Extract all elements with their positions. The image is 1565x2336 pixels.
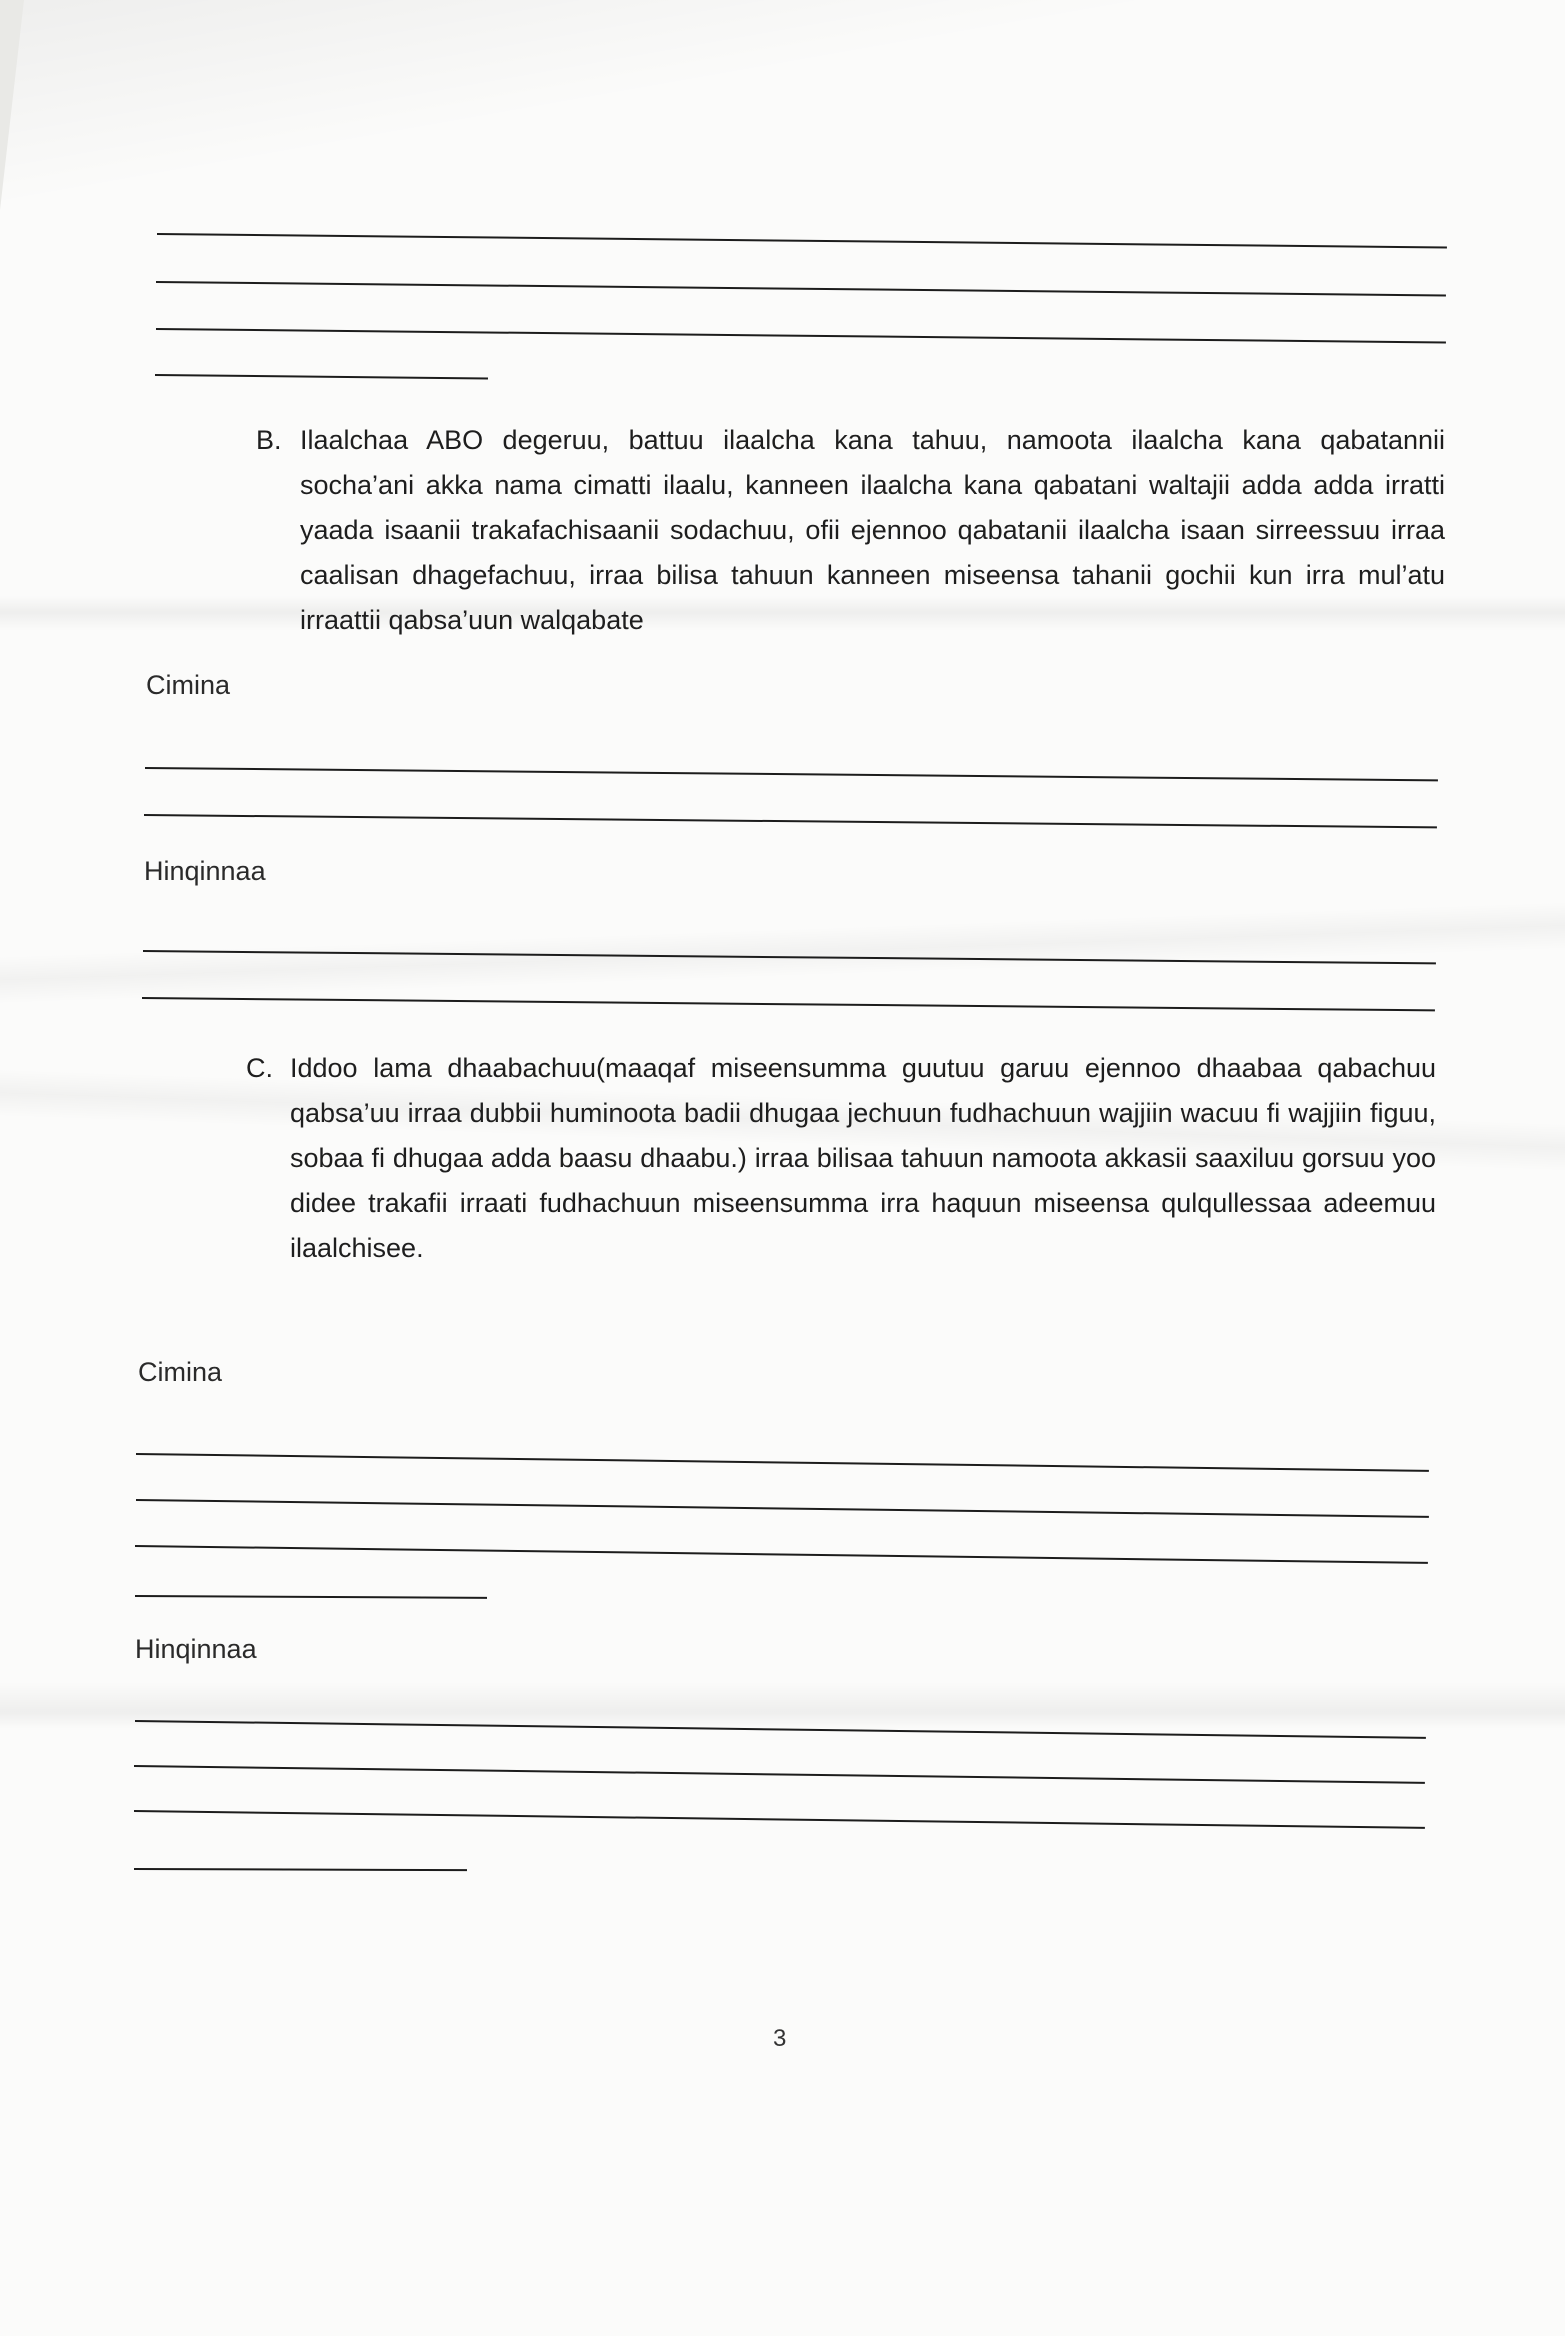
strength-label: Cimina [138, 1357, 222, 1388]
question-marker: C. [246, 1046, 273, 1091]
answer-line[interactable] [143, 950, 1436, 964]
page-number: 3 [773, 2025, 786, 2053]
question-text: Ilaalchaa ABO degeruu, battuu ilaalcha k… [300, 425, 1445, 635]
answer-line[interactable] [135, 1545, 1428, 1564]
weakness-label: Hinqinnaa [135, 1634, 257, 1665]
question-c: C. Iddoo lama dhaabachuu(maaqaf miseensu… [290, 1046, 1436, 1271]
answer-line[interactable] [135, 1595, 487, 1599]
answer-line [156, 328, 1446, 344]
answer-line [155, 374, 488, 379]
answer-line[interactable] [134, 1765, 1425, 1784]
question-b: B. Ilaalchaa ABO degeruu, battuu ilaalch… [300, 418, 1445, 643]
answer-line[interactable] [134, 1810, 1425, 1829]
strength-label: Cimina [146, 670, 230, 701]
answer-line [156, 281, 1446, 297]
answer-line[interactable] [144, 814, 1437, 828]
answer-line[interactable] [142, 997, 1435, 1011]
answer-line[interactable] [145, 767, 1438, 781]
answer-line[interactable] [135, 1720, 1426, 1739]
answer-line[interactable] [136, 1453, 1429, 1472]
folded-corner [0, 0, 24, 210]
weakness-label: Hinqinnaa [144, 856, 266, 887]
answer-line [157, 233, 1447, 249]
question-text: Iddoo lama dhaabachuu(maaqaf miseensumma… [290, 1053, 1436, 1263]
answer-line[interactable] [134, 1868, 467, 1871]
answer-line[interactable] [136, 1499, 1429, 1518]
question-marker: B. [256, 418, 282, 463]
